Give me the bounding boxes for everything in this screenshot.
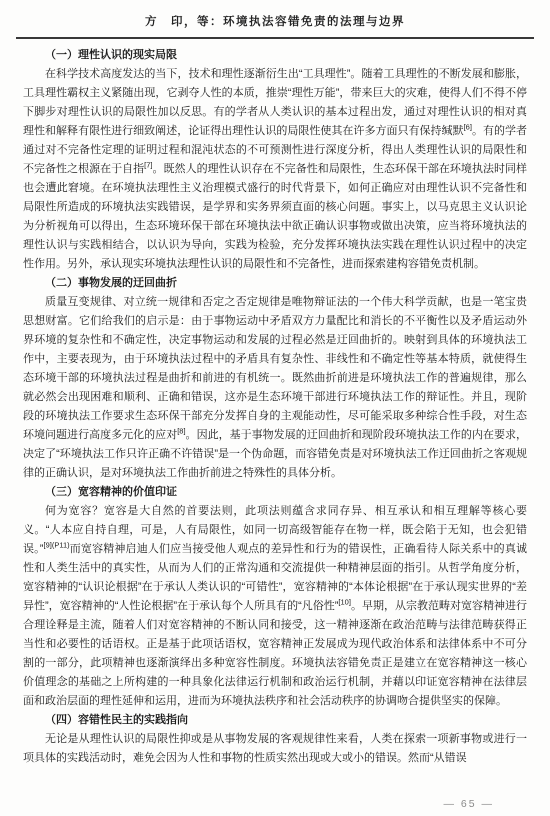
paragraph-1: 在科学技术高度发达的当下，技术和理性逐渐衍生出“工具理性”。随着工具理性的不断发…	[23, 65, 527, 274]
section-heading-3: （三）宽容精神的价值印证	[23, 483, 527, 502]
paragraph-text: 质量互变规律、对立统一规律和否定之否定规律是唯物辩证法的一个伟大科学贡献，也是一…	[23, 296, 527, 441]
citation-ref-8: [8]	[177, 426, 185, 435]
section-heading-2: （二）事物发展的迂回曲折	[23, 274, 527, 293]
section-heading-4: （四）容错性民主的实践指向	[23, 711, 527, 730]
running-head-title: 方 印，等：环境执法容错免责的法理与边界	[23, 10, 527, 30]
citation-ref-7: [7]	[144, 160, 152, 169]
header-divider	[16, 37, 534, 39]
page-number: — 65 —	[443, 798, 494, 810]
paragraph-3: 何为宽容？宽容是大自然的首要法则，此项法则蕴含求同存异、相互承认和相互理解等核心…	[23, 502, 527, 711]
citation-ref-6: [6]	[464, 122, 472, 131]
paragraph-4: 无论是从理性认识的局限性抑或是从事物发展的客观规律性来看，人类在探索一项新事物或…	[23, 730, 527, 768]
paragraph-text: 。早期，从宗教范畴对宽容精神进行合理诠释是主流，随着人们对宽容精神的不断认同和接…	[23, 600, 527, 707]
citation-ref-9: [9](P11)	[43, 540, 69, 549]
article-body: （一）理性认识的现实局限 在科学技术高度发达的当下，技术和理性逐渐衍生出“工具理…	[23, 46, 527, 768]
paragraph-text: 无论是从理性认识的局限性抑或是从事物发展的客观规律性来看，人类在探索一项新事物或…	[23, 733, 527, 764]
paragraph-text: 在科学技术高度发达的当下，技术和理性逐渐衍生出“工具理性”。随着工具理性的不断发…	[23, 68, 527, 137]
journal-page: 方 印，等：环境执法容错免责的法理与边界 （一）理性认识的现实局限 在科学技术高…	[0, 0, 550, 816]
paragraph-text: 。既然人的理性认识存在不完备性和局限性，生态环保干部在环境执法时同样也会遭此窘境…	[23, 163, 527, 270]
paragraph-2: 质量互变规律、对立统一规律和否定之否定规律是唯物辩证法的一个伟大科学贡献，也是一…	[23, 293, 527, 483]
citation-ref-10: [10]	[338, 597, 351, 606]
section-heading-1: （一）理性认识的现实局限	[23, 46, 527, 65]
